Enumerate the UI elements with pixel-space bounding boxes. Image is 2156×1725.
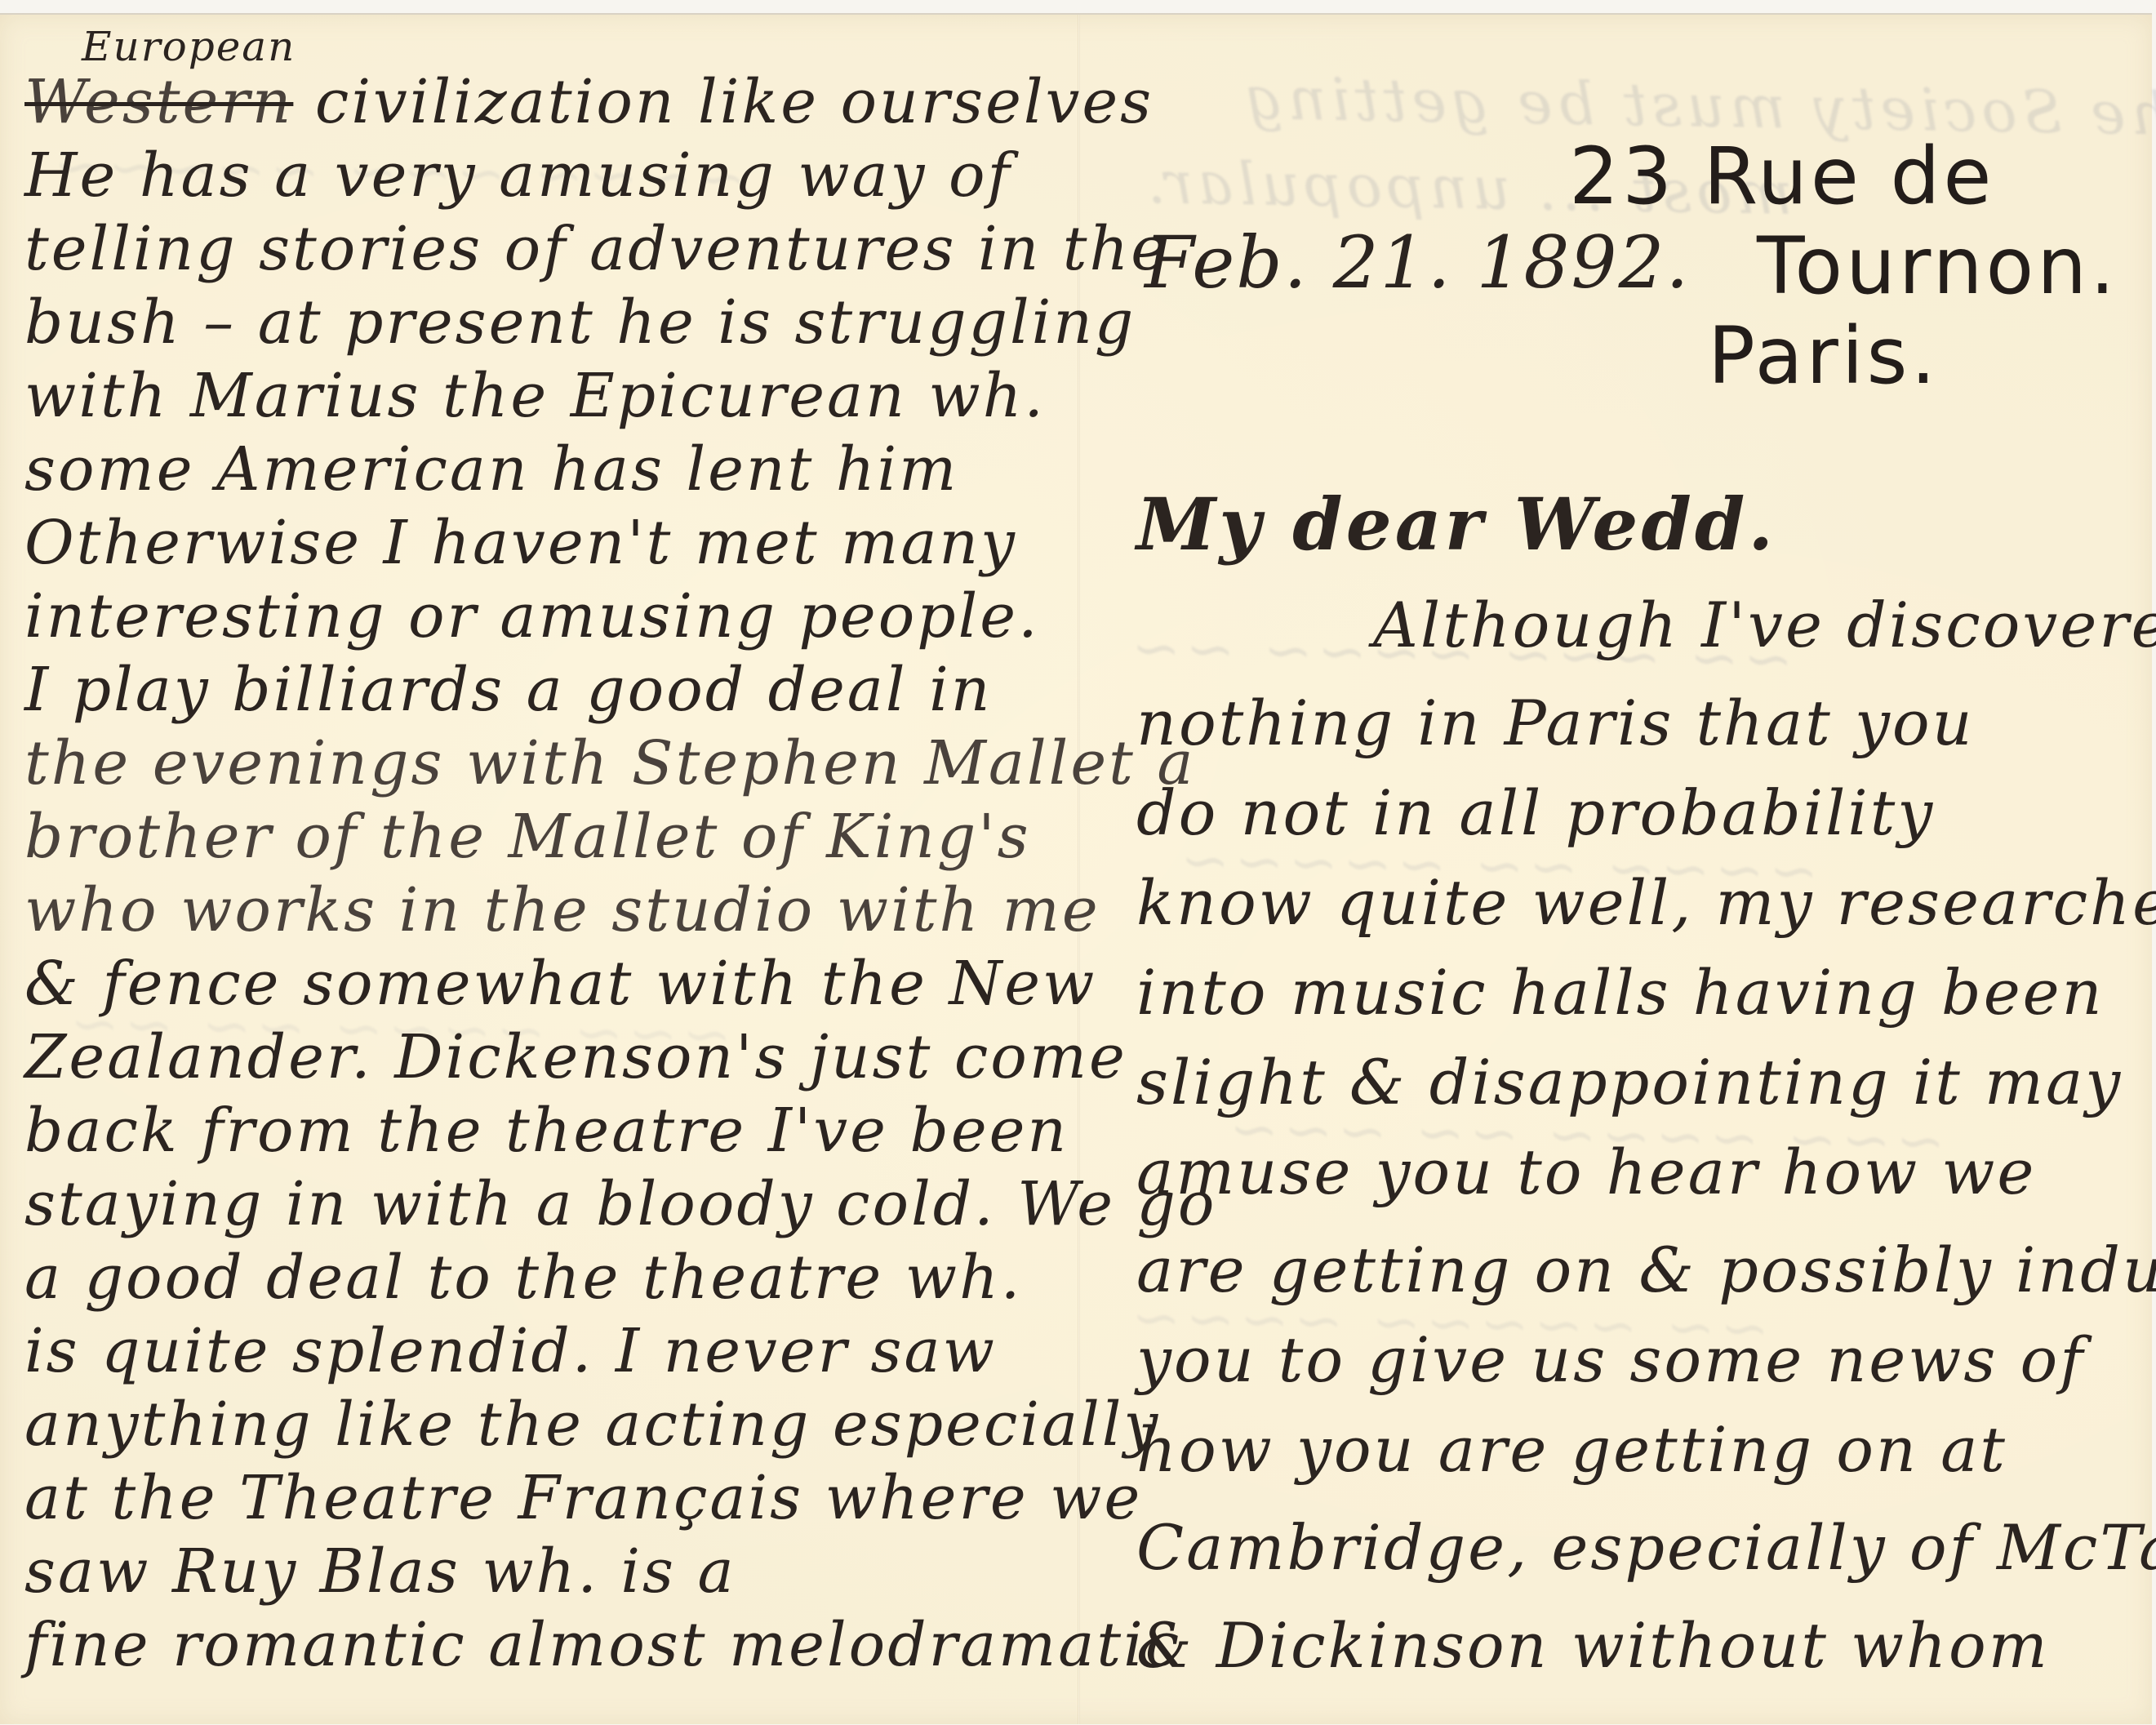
letter-scan: the Society must be getting most ... unp… [0,0,2156,1725]
address-line-city: Paris. [1708,317,1939,395]
handwritten-line: telling stories of adventures in the [24,219,1169,279]
handwritten-line: you to give us some news of [1136,1329,2085,1391]
handwritten-line: & fence somewhat with the New [24,954,1096,1014]
handwritten-line: some American has lent him [24,439,958,500]
handwritten-line: are getting on & possibly induce [1136,1239,2156,1301]
handwritten-line: fine romantic almost melodramatic [24,1615,1181,1675]
salutation: My dear Wedd. [1136,488,1776,560]
handwritten-line: Otherwise I haven't met many [24,513,1017,573]
handwritten-line: bush – at present he is struggling [24,292,1136,353]
handwritten-line: do not in all probability [1136,782,1935,844]
handwritten-line: Cambridge, especially of McTaggart [1136,1517,2156,1579]
handwritten-line: & Dickinson without whom [1136,1615,2050,1677]
handwritten-line: how you are getting on at [1136,1419,2007,1481]
handwritten-line: brother of the Mallet of King's [24,807,1031,867]
right-page: 23 Rue de Feb. 21. 1892. Tournon. Paris.… [1079,15,2152,1724]
handwritten-line: who works in the studio with me [24,880,1100,940]
handwritten-line: slight & disappointing it may [1136,1051,2123,1114]
handwritten-line: into music halls having been [1136,962,2105,1024]
handwritten-line: a good deal to the theatre wh. [24,1247,1022,1308]
address-line-street: 23 Rue de [1569,137,1994,216]
handwritten-line: at the Theatre Français where we [24,1468,1142,1528]
handwritten-line: He has a very amusing way of [24,145,1012,206]
handwritten-line: Zealander. Dickenson's just come [24,1027,1127,1087]
letter-sheet: the Society must be getting most ... unp… [0,13,2152,1724]
handwritten-line: saw Ruy Blas wh. is a [24,1541,736,1602]
struck-word: Western [24,67,293,137]
handwritten-line: anything like the acting especially [24,1394,1160,1455]
left-page: European Western civilization like ourse… [0,15,1079,1724]
line-text: civilization like ourselves [315,67,1154,137]
handwritten-line: Western civilization like ourselves [24,72,1154,132]
handwritten-line: amuse you to hear how we [1136,1141,2036,1203]
letter-date: Feb. 21. 1892. [1145,227,1690,299]
handwritten-line: know quite well, my researches [1136,872,2156,934]
inserted-word: European [82,23,296,70]
handwritten-line: I play billiards a good deal in [24,660,992,720]
handwritten-line: the evenings with Stephen Mallet a [24,733,1196,794]
handwritten-line: interesting or amusing people. [24,586,1040,647]
address-line-street-2: Tournon. [1757,227,2118,305]
handwritten-line: back from the theatre I've been [24,1100,1069,1161]
handwritten-line: with Marius the Epicurean wh. [24,366,1046,426]
handwritten-line: Although I've discovered [1373,594,2156,656]
handwritten-line: nothing in Paris that you [1136,692,1975,754]
handwritten-line: staying in with a bloody cold. We go [24,1174,1216,1234]
handwritten-line: is quite splendid. I never saw [24,1321,997,1381]
